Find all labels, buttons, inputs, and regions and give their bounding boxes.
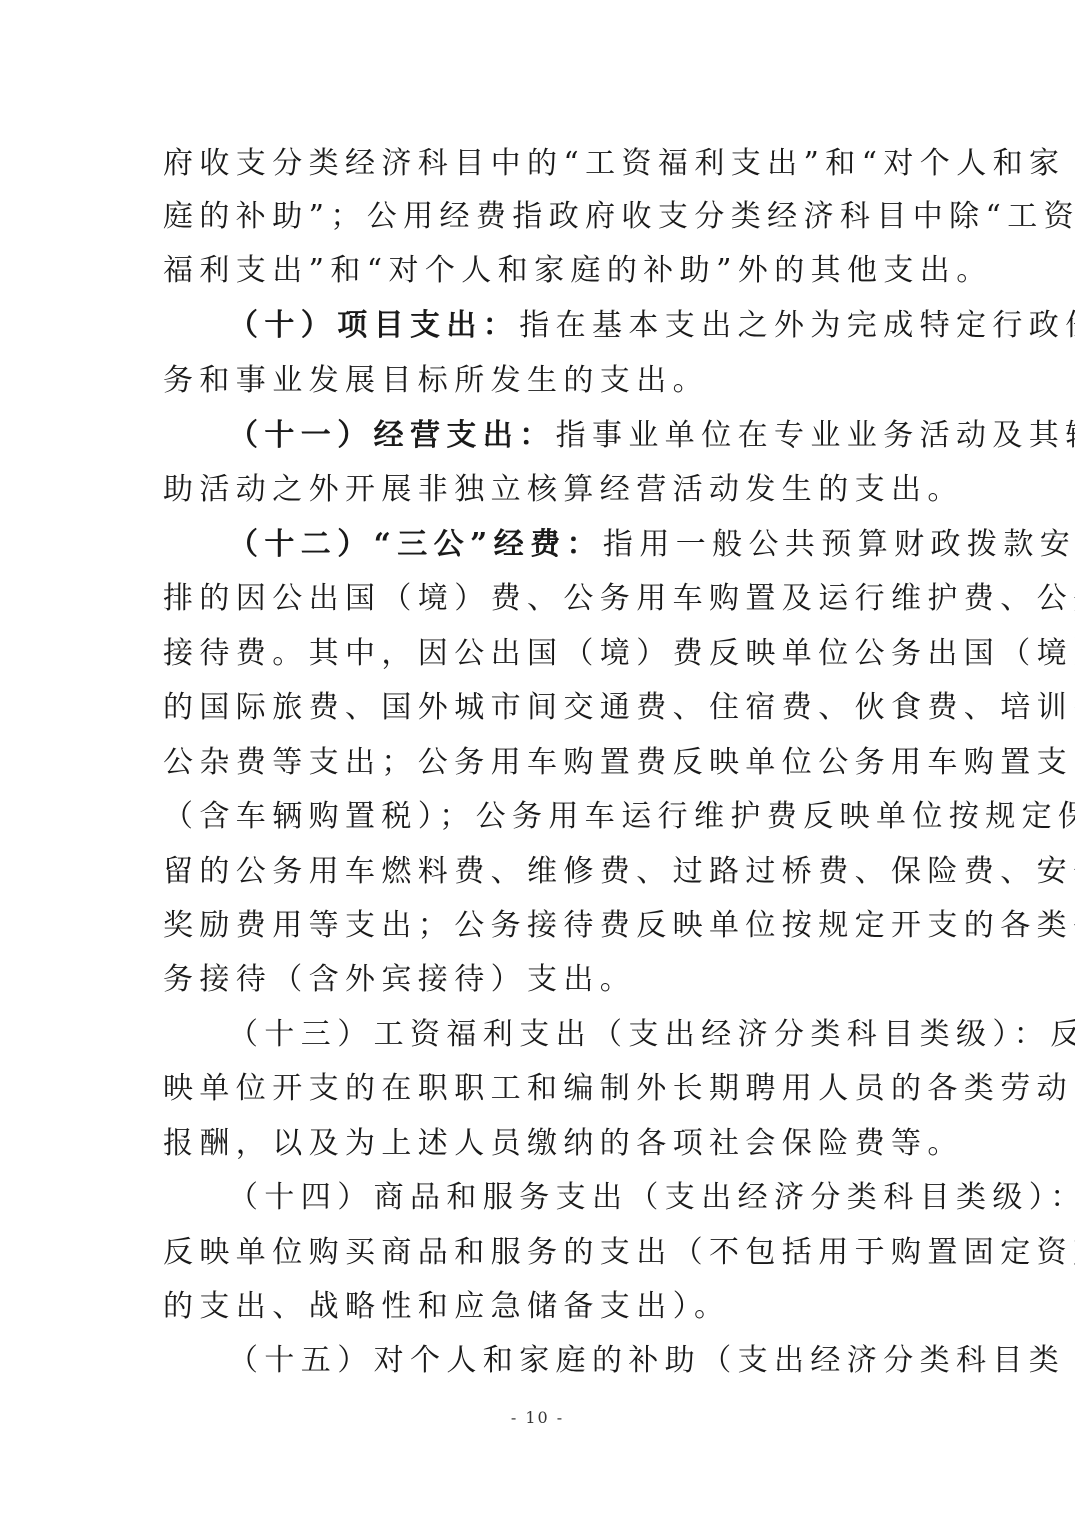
- section-heading-line: （十五）对个人和家庭的补助（支出经济分类科目类: [228, 1334, 915, 1388]
- text-line: 接待费。其中，因公出国（境）费反映单位公务出国（境）: [163, 627, 915, 681]
- section-heading: （十四）商品和服务支出（支出经济分类科目类级）：: [228, 1180, 1075, 1215]
- section-heading-line: （十一）经营支出：指事业单位在专业业务活动及其辅: [228, 409, 915, 463]
- text-line: 报酬，以及为上述人员缴纳的各项社会保险费等。: [163, 1117, 915, 1171]
- text-line: 排的因公出国（境）费、公务用车购置及运行维护费、公务: [163, 572, 915, 626]
- section-heading-line: （十）项目支出：指在基本支出之外为完成特定行政任: [228, 299, 915, 353]
- section-heading: （十一）经营支出：: [228, 418, 556, 453]
- text-line: 福利支出”和“对个人和家庭的补助”外的其他支出。: [163, 244, 915, 298]
- section-heading: （十）项目支出：: [228, 308, 519, 343]
- text-line: 助活动之外开展非独立核算经营活动发生的支出。: [163, 463, 915, 517]
- text-line: 的支出、战略性和应急储备支出）。: [163, 1280, 915, 1334]
- text-line: 映单位开支的在职职工和编制外长期聘用人员的各类劳动: [163, 1062, 915, 1116]
- text-line: 务和事业发展目标所发生的支出。: [163, 354, 915, 408]
- text-line: 留的公务用车燃料费、维修费、过路过桥费、保险费、安全: [163, 845, 915, 899]
- section-heading-line: （十四）商品和服务支出（支出经济分类科目类级）：: [228, 1171, 915, 1225]
- section-heading: （十二）“三公”经费：: [228, 527, 603, 562]
- section-heading-line: （十二）“三公”经费：指用一般公共预算财政拨款安: [228, 518, 915, 572]
- text-line: 务接待（含外宾接待）支出。: [163, 953, 915, 1007]
- section-heading: （十五）对个人和家庭的补助（支出经济分类科目类: [228, 1343, 1065, 1378]
- text-line: （含车辆购置税）；公务用车运行维护费反映单位按规定保: [163, 790, 915, 844]
- document-page: 府收支分类经济科目中的“工资福利支出”和“对个人和家 庭的补助”；公用经费指政府…: [0, 0, 1075, 1520]
- text-line: 奖励费用等支出；公务接待费反映单位按规定开支的各类公: [163, 899, 915, 953]
- text-line: 反映单位购买商品和服务的支出（不包括用于购置固定资产: [163, 1226, 915, 1280]
- text-line: 公杂费等支出；公务用车购置费反映单位公务用车购置支出: [163, 736, 915, 790]
- text-line: 的国际旅费、国外城市间交通费、住宿费、伙食费、培训费、: [163, 681, 915, 735]
- section-heading: （十三）工资福利支出（支出经济分类科目类级）：: [228, 1017, 1050, 1052]
- text-line: 庭的补助”；公用经费指政府收支分类经济科目中除“工资: [163, 190, 915, 244]
- page-number: - 10 -: [0, 1408, 1075, 1427]
- section-heading-line: （十三）工资福利支出（支出经济分类科目类级）：反: [228, 1008, 915, 1062]
- text-line: 府收支分类经济科目中的“工资福利支出”和“对个人和家: [163, 137, 915, 191]
